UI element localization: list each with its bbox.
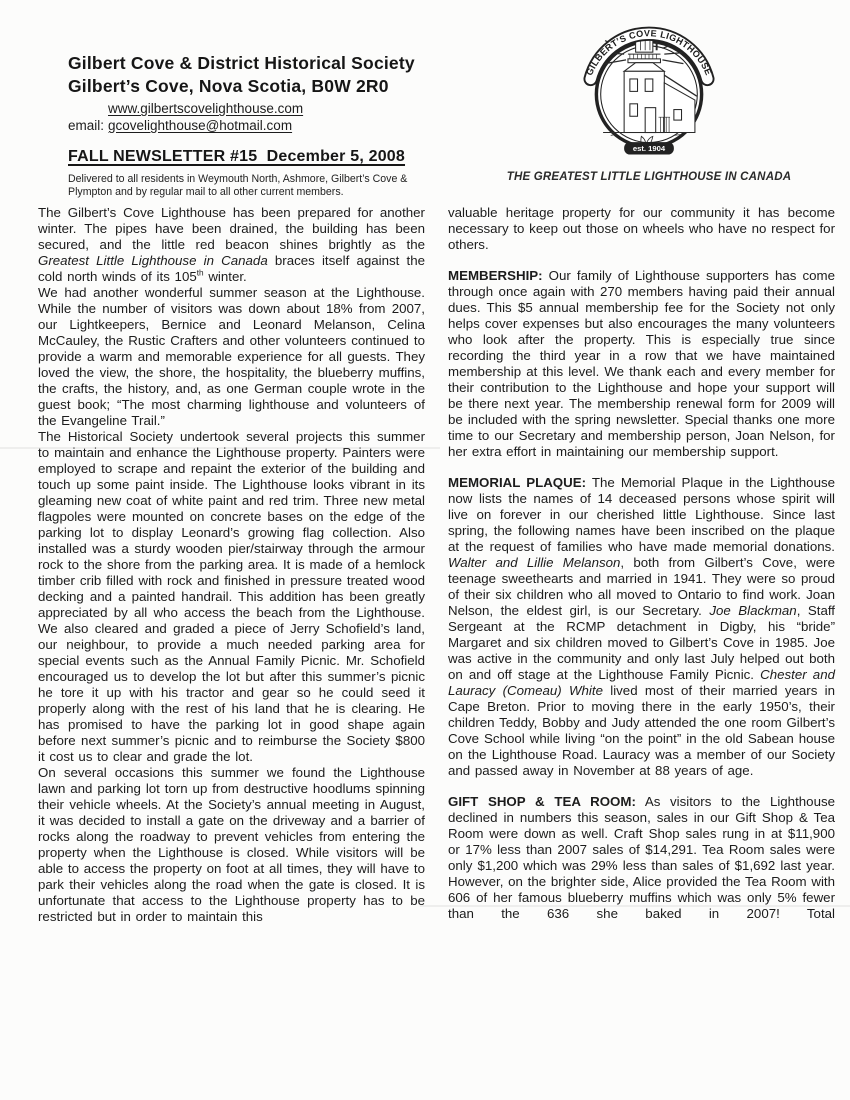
email-address: gcovelighthouse@hotmail.com — [108, 118, 292, 133]
scan-artifact — [0, 447, 440, 449]
newsletter-title: FALL NEWSLETTER #15 December 5, 2008 — [68, 147, 488, 167]
email-line: email:gcovelighthouse@hotmail.com — [68, 117, 488, 134]
org-block: Gilbert Cove & District Historical Socie… — [68, 52, 488, 198]
newsletter-body: The Gilbert’s Cove Lighthouse has been p… — [38, 205, 835, 925]
body-paragraph-projects: The Historical Society undertook several… — [38, 429, 425, 765]
body-paragraph-continuation: valuable heritage property for our commu… — [448, 205, 835, 253]
body-paragraph-membership: MEMBERSHIP: Our family of Lighthouse sup… — [448, 268, 835, 460]
org-address: Gilbert’s Cove, Nova Scotia, B0W 2R0 — [68, 75, 488, 98]
email-label: email: — [68, 118, 104, 133]
right-column: valuable heritage property for our commu… — [448, 205, 835, 925]
tagline: THE GREATEST LITTLE LIGHTHOUSE IN CANADA — [503, 171, 795, 183]
org-name: Gilbert Cove & District Historical Socie… — [68, 52, 488, 75]
scan-artifact — [420, 905, 850, 907]
left-column: The Gilbert’s Cove Lighthouse has been p… — [38, 205, 425, 925]
delivery-note: Delivered to all residents in Weymouth N… — [68, 173, 416, 198]
logo-block: GILBERT’S COVE LIGHTHOUSE est. 1904 THE … — [503, 12, 795, 183]
website-url: www.gilbertscovelighthouse.com — [68, 100, 488, 117]
body-paragraph-memorial-plaque: MEMORIAL PLAQUE: The Memorial Plaque in … — [448, 475, 835, 779]
body-paragraph-vandalism-gate: On several occasions this summer we foun… — [38, 765, 425, 925]
society-logo: GILBERT’S COVE LIGHTHOUSE est. 1904 — [582, 12, 716, 166]
newsletter-page: Gilbert Cove & District Historical Socie… — [0, 0, 850, 1100]
body-paragraph-winter-prep: The Gilbert’s Cove Lighthouse has been p… — [38, 205, 425, 285]
body-paragraph-gift-shop: GIFT SHOP & TEA ROOM: As visitors to the… — [448, 794, 835, 922]
logo-est-text: est. 1904 — [633, 144, 666, 153]
body-paragraph-summer-season: We had another wonderful summer season a… — [38, 285, 425, 429]
